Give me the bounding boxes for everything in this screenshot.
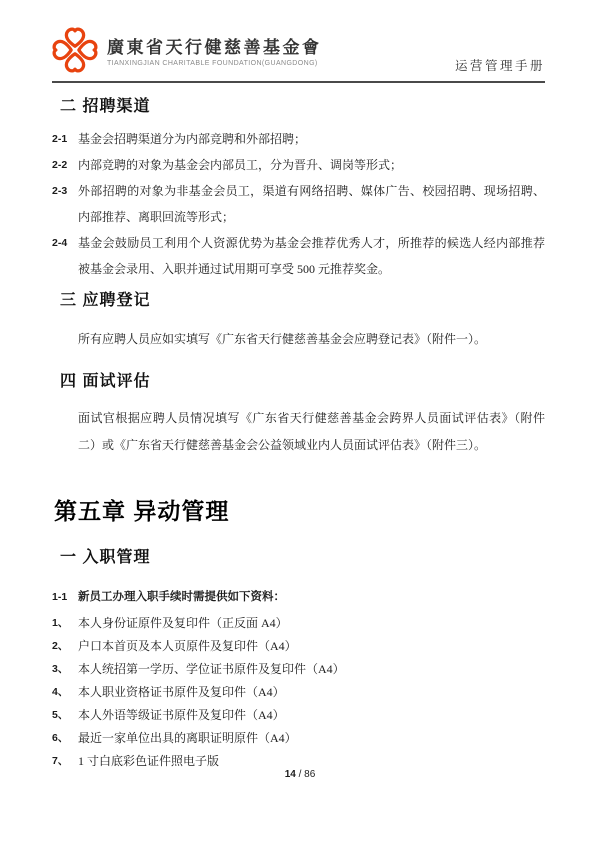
section-heading-application-registration: 三 应聘登记	[60, 290, 545, 312]
list-item-number: 2、	[52, 635, 78, 658]
doc-item: 2-4 基金会鼓励员工利用个人资源优势为基金会推荐优秀人才，所推荐的候选人经内部…	[52, 230, 545, 282]
item-text: 基金会招聘渠道分为内部竞聘和外部招聘；	[78, 126, 545, 152]
page-header: 廣東省天行健慈善基金會 TIANXINGJIAN CHARITABLE FOUN…	[52, 25, 545, 83]
list-item: 4、 本人职业资格证书原件及复印件（A4）	[52, 681, 545, 704]
org-name-english: TIANXINGJIAN CHARITABLE FOUNDATION(GUANG…	[107, 60, 322, 67]
list-item-number: 6、	[52, 727, 78, 750]
list-item-text: 本人统招第一学历、学位证书原件及复印件（A4）	[78, 658, 545, 681]
list-item: 2、 户口本首页及本人页原件及复印件（A4）	[52, 635, 545, 658]
application-registration-paragraph: 所有应聘人员应如实填写《广东省天行健慈善基金会应聘登记表》（附件一）。	[78, 326, 545, 353]
item-text: 基金会鼓励员工利用个人资源优势为基金会推荐优秀人才，所推荐的候选人经内部推荐被基…	[78, 230, 545, 282]
onboarding-lead-item: 1-1 新员工办理入职手续时需提供如下资料：	[52, 584, 545, 610]
list-item: 5、 本人外语等级证书原件及复印件（A4）	[52, 704, 545, 727]
onboarding-document-list: 1、 本人身份证原件及复印件（正反面 A4） 2、 户口本首页及本人页原件及复印…	[52, 612, 545, 773]
page-total: 86	[304, 769, 315, 780]
recruit-channels-items: 2-1 基金会招聘渠道分为内部竞聘和外部招聘； 2-2 内部竞聘的对象为基金会内…	[52, 126, 545, 282]
document-page: 廣東省天行健慈善基金會 TIANXINGJIAN CHARITABLE FOUN…	[0, 0, 600, 848]
list-item-text: 户口本首页及本人页原件及复印件（A4）	[78, 635, 545, 658]
list-item-text: 本人外语等级证书原件及复印件（A4）	[78, 704, 545, 727]
page-separator: /	[296, 769, 304, 780]
page-number: 14	[285, 769, 296, 780]
item-text: 外部招聘的对象为非基金会员工，渠道有网络招聘、媒体广告、校园招聘、现场招聘、内部…	[78, 178, 545, 230]
item-text: 新员工办理入职手续时需提供如下资料：	[78, 584, 285, 610]
list-item: 6、 最近一家单位出具的离职证明原件（A4）	[52, 727, 545, 750]
chapter-title: 第五章 异动管理	[54, 495, 545, 527]
section-heading-onboarding: 一 入职管理	[60, 547, 545, 569]
list-item-number: 4、	[52, 681, 78, 704]
item-number: 1-1	[52, 584, 78, 610]
org-name-chinese: 廣東省天行健慈善基金會	[107, 33, 322, 58]
document-title: 运营管理手册	[455, 56, 545, 75]
list-item-number: 1、	[52, 612, 78, 635]
item-number: 2-1	[52, 126, 78, 152]
page-footer: 14 / 86	[0, 769, 600, 780]
list-item-number: 3、	[52, 658, 78, 681]
doc-item: 2-1 基金会招聘渠道分为内部竞聘和外部招聘；	[52, 126, 545, 152]
list-item: 1、 本人身份证原件及复印件（正反面 A4）	[52, 612, 545, 635]
item-number: 2-3	[52, 178, 78, 230]
section-heading-recruit-channels: 二 招聘渠道	[60, 96, 545, 118]
list-item-number: 5、	[52, 704, 78, 727]
list-item: 3、 本人统招第一学历、学位证书原件及复印件（A4）	[52, 658, 545, 681]
foundation-knot-logo-icon	[52, 26, 98, 74]
list-item-text: 最近一家单位出具的离职证明原件（A4）	[78, 727, 545, 750]
item-text: 内部竞聘的对象为基金会内部员工，分为晋升、调岗等形式；	[78, 152, 545, 178]
item-number: 2-2	[52, 152, 78, 178]
item-number: 2-4	[52, 230, 78, 282]
interview-evaluation-paragraph: 面试官根据应聘人员情况填写《广东省天行健慈善基金会跨界人员面试评估表》（附件二）…	[78, 405, 545, 459]
section-heading-interview-evaluation: 四 面试评估	[60, 371, 545, 393]
doc-item: 2-2 内部竞聘的对象为基金会内部员工，分为晋升、调岗等形式；	[52, 152, 545, 178]
doc-item: 2-3 外部招聘的对象为非基金会员工，渠道有网络招聘、媒体广告、校园招聘、现场招…	[52, 178, 545, 230]
list-item-text: 本人职业资格证书原件及复印件（A4）	[78, 681, 545, 704]
org-name-block: 廣東省天行健慈善基金會 TIANXINGJIAN CHARITABLE FOUN…	[107, 33, 322, 67]
list-item-text: 本人身份证原件及复印件（正反面 A4）	[78, 612, 545, 635]
